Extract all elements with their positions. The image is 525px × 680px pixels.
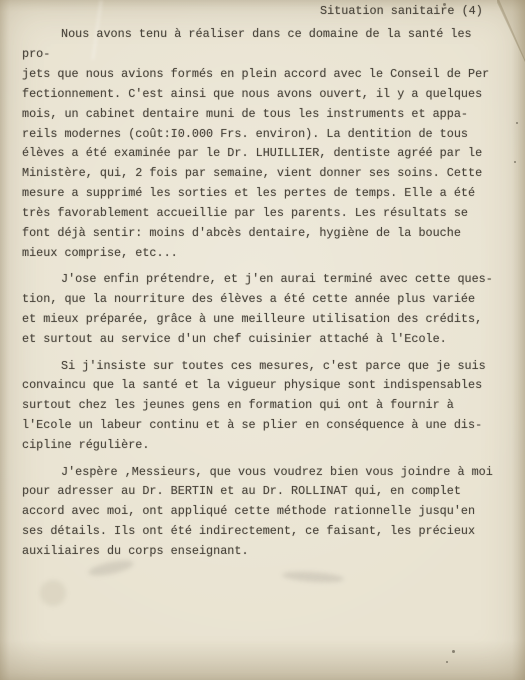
paragraph-health-importance: Si j'insiste sur toutes ces mesures, c'e… — [22, 357, 506, 457]
document-body: Nous avons tenu à réaliser dans ce domai… — [22, 25, 506, 569]
paragraph-food-quality: J'ose enfin prétendre, et j'en aurai ter… — [22, 270, 506, 350]
paragraph-thanks-doctors: J'espère ,Messieurs, que vous voudrez bi… — [22, 463, 506, 563]
ink-speck — [516, 122, 518, 124]
ink-speck — [443, 3, 446, 6]
paper-smudge — [282, 570, 345, 584]
ink-speck — [452, 650, 455, 653]
ink-speck — [446, 661, 448, 663]
document-page: Situation sanitaire (4) Nous avons tenu … — [0, 0, 525, 680]
paragraph-dental-cabinet: Nous avons tenu à réaliser dans ce domai… — [22, 25, 506, 264]
page-title: Situation sanitaire (4) — [320, 4, 483, 18]
paper-smudge — [40, 580, 66, 606]
ink-speck — [514, 161, 516, 163]
